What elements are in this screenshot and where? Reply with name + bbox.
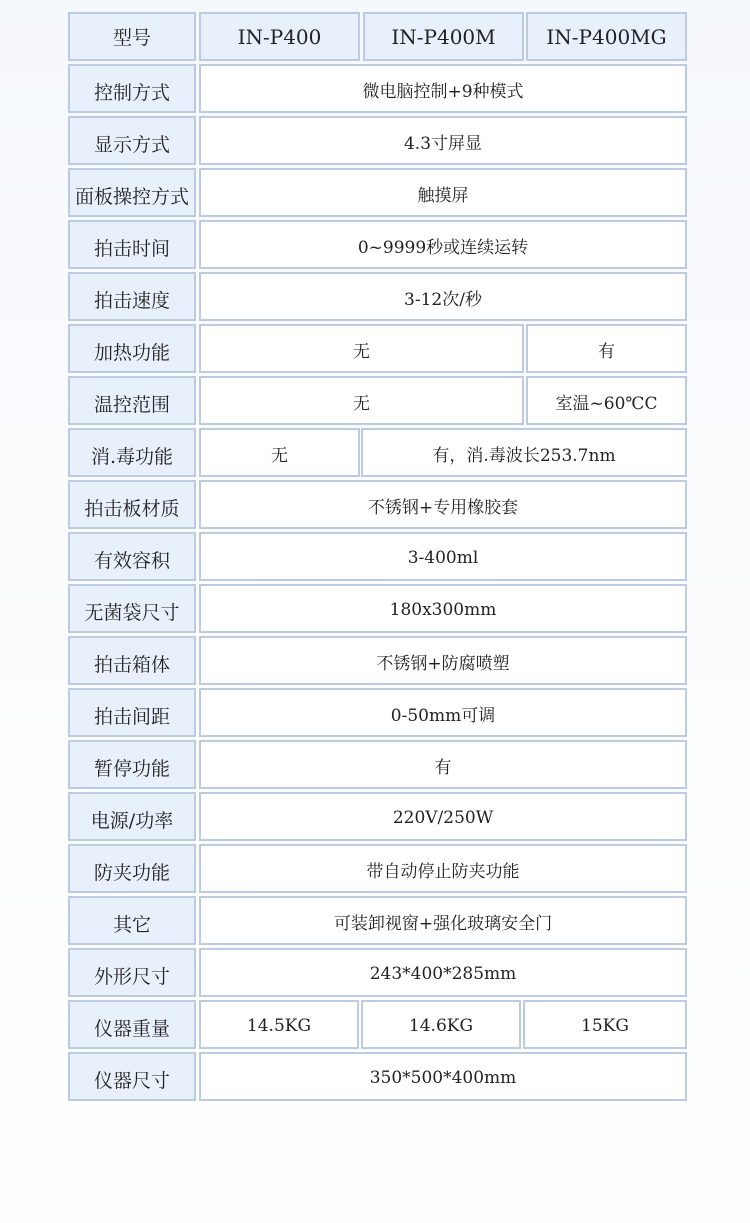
row-value: 微电脑控制+9种模式 (199, 64, 687, 113)
row-value: 有 (199, 740, 687, 789)
row-value: 14.6KG (361, 1000, 521, 1049)
table-row: 防夹功能 带自动停止防夹功能 (68, 844, 687, 893)
row-value: 有 (526, 324, 687, 373)
header-label-cell: 型号 (68, 12, 196, 61)
table-row: 显示方式 4.3寸屏显 (68, 116, 687, 165)
row-value: 无 (199, 324, 524, 373)
row-value: 4.3寸屏显 (199, 116, 687, 165)
row-label: 有效容积 (68, 532, 196, 581)
row-label: 防夹功能 (68, 844, 196, 893)
row-label: 外形尺寸 (68, 948, 196, 997)
table-row: 无菌袋尺寸 180x300mm (68, 584, 687, 633)
row-value: 有，消.毒波长253.7nm (361, 428, 687, 477)
row-label: 温控范围 (68, 376, 196, 425)
row-label: 仪器尺寸 (68, 1052, 196, 1101)
row-label: 拍击间距 (68, 688, 196, 737)
row-value: 0~9999秒或连续运转 (199, 220, 687, 269)
table-row: 暂停功能 有 (68, 740, 687, 789)
row-value: 3-400ml (199, 532, 687, 581)
row-label: 消.毒功能 (68, 428, 196, 477)
row-value: 220V/250W (199, 792, 687, 841)
table-row: 面板操控方式 触摸屏 (68, 168, 687, 217)
header-row: 型号 IN-P400 IN-P400M IN-P400MG (68, 12, 687, 61)
table-row: 仪器尺寸 350*500*400mm (68, 1052, 687, 1101)
row-value: 无 (199, 376, 524, 425)
table-row: 外形尺寸 243*400*285mm (68, 948, 687, 997)
row-label: 仪器重量 (68, 1000, 196, 1049)
table-row: 加热功能 无 有 (68, 324, 687, 373)
table-row: 消.毒功能 无 有，消.毒波长253.7nm (68, 428, 687, 477)
row-label: 其它 (68, 896, 196, 945)
row-value: 15KG (523, 1000, 687, 1049)
row-label: 拍击箱体 (68, 636, 196, 685)
model-header-p400mg: IN-P400MG (526, 12, 687, 61)
spec-table: 型号 IN-P400 IN-P400M IN-P400MG 控制方式 微电脑控制… (68, 12, 687, 1104)
row-value: 带自动停止防夹功能 (199, 844, 687, 893)
table-row: 拍击箱体 不锈钢+防腐喷塑 (68, 636, 687, 685)
row-label: 拍击板材质 (68, 480, 196, 529)
row-label: 加热功能 (68, 324, 196, 373)
row-label: 无菌袋尺寸 (68, 584, 196, 633)
row-label: 面板操控方式 (68, 168, 196, 217)
table-row: 拍击板材质 不锈钢+专用橡胶套 (68, 480, 687, 529)
table-row: 其它 可装卸视窗+强化玻璃安全门 (68, 896, 687, 945)
row-value: 触摸屏 (199, 168, 687, 217)
row-value: 3-12次/秒 (199, 272, 687, 321)
model-header-p400: IN-P400 (199, 12, 360, 61)
row-value: 243*400*285mm (199, 948, 687, 997)
row-label: 控制方式 (68, 64, 196, 113)
row-label: 拍击时间 (68, 220, 196, 269)
table-row: 拍击间距 0-50mm可调 (68, 688, 687, 737)
row-value: 0-50mm可调 (199, 688, 687, 737)
row-label: 暂停功能 (68, 740, 196, 789)
row-value: 350*500*400mm (199, 1052, 687, 1101)
row-value: 不锈钢+专用橡胶套 (199, 480, 687, 529)
table-row: 仪器重量 14.5KG 14.6KG 15KG (68, 1000, 687, 1049)
row-label: 拍击速度 (68, 272, 196, 321)
row-value: 无 (199, 428, 360, 477)
table-row: 电源/功率 220V/250W (68, 792, 687, 841)
row-value: 14.5KG (199, 1000, 359, 1049)
table-row: 控制方式 微电脑控制+9种模式 (68, 64, 687, 113)
model-header-p400m: IN-P400M (363, 12, 524, 61)
table-row: 温控范围 无 室温~60℃C (68, 376, 687, 425)
table-row: 有效容积 3-400ml (68, 532, 687, 581)
table-row: 拍击时间 0~9999秒或连续运转 (68, 220, 687, 269)
row-value: 180x300mm (199, 584, 687, 633)
row-label: 电源/功率 (68, 792, 196, 841)
row-value: 室温~60℃C (526, 376, 687, 425)
row-value: 可装卸视窗+强化玻璃安全门 (199, 896, 687, 945)
row-label: 显示方式 (68, 116, 196, 165)
row-value: 不锈钢+防腐喷塑 (199, 636, 687, 685)
table-row: 拍击速度 3-12次/秒 (68, 272, 687, 321)
